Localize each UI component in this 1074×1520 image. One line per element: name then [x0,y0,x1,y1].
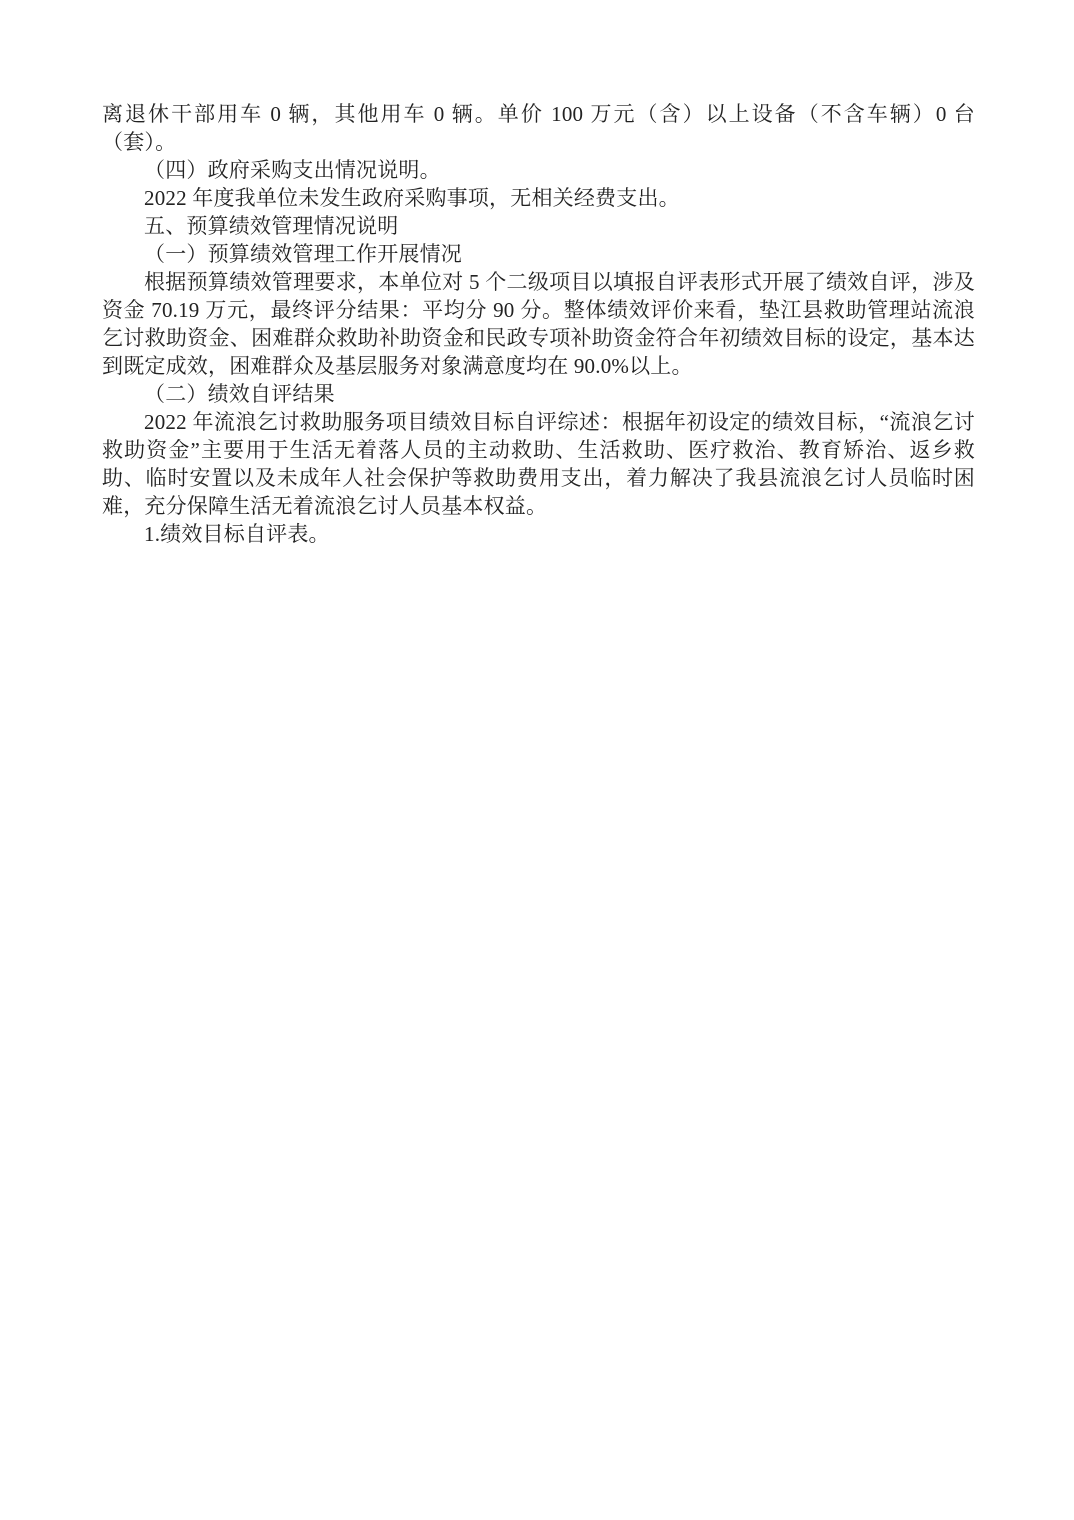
heading-section-5: 五、预算绩效管理情况说明 [102,212,975,240]
paragraph-vehicles-equipment-continuation: 离退休干部用车 0 辆，其他用车 0 辆。单价 100 万元（含）以上设备（不含… [102,100,975,156]
paragraph-performance-management-overview: 根据预算绩效管理要求，本单位对 5 个二级项目以填报自评表形式开展了绩效自评，涉… [102,268,975,380]
heading-section-4: （四）政府采购支出情况说明。 [102,156,975,184]
heading-section-5-2: （二）绩效自评结果 [102,380,975,408]
paragraph-performance-target-table-note: 1.绩效目标自评表。 [102,520,975,548]
document-content: 离退休干部用车 0 辆，其他用车 0 辆。单价 100 万元（含）以上设备（不含… [102,100,975,548]
paragraph-self-evaluation-summary: 2022 年流浪乞讨救助服务项目绩效目标自评综述：根据年初设定的绩效目标，“流浪… [102,408,975,520]
heading-section-5-1: （一）预算绩效管理工作开展情况 [102,240,975,268]
paragraph-procurement-statement: 2022 年度我单位未发生政府采购事项，无相关经费支出。 [102,184,975,212]
document-page: 离退休干部用车 0 辆，其他用车 0 辆。单价 100 万元（含）以上设备（不含… [0,0,1074,1520]
